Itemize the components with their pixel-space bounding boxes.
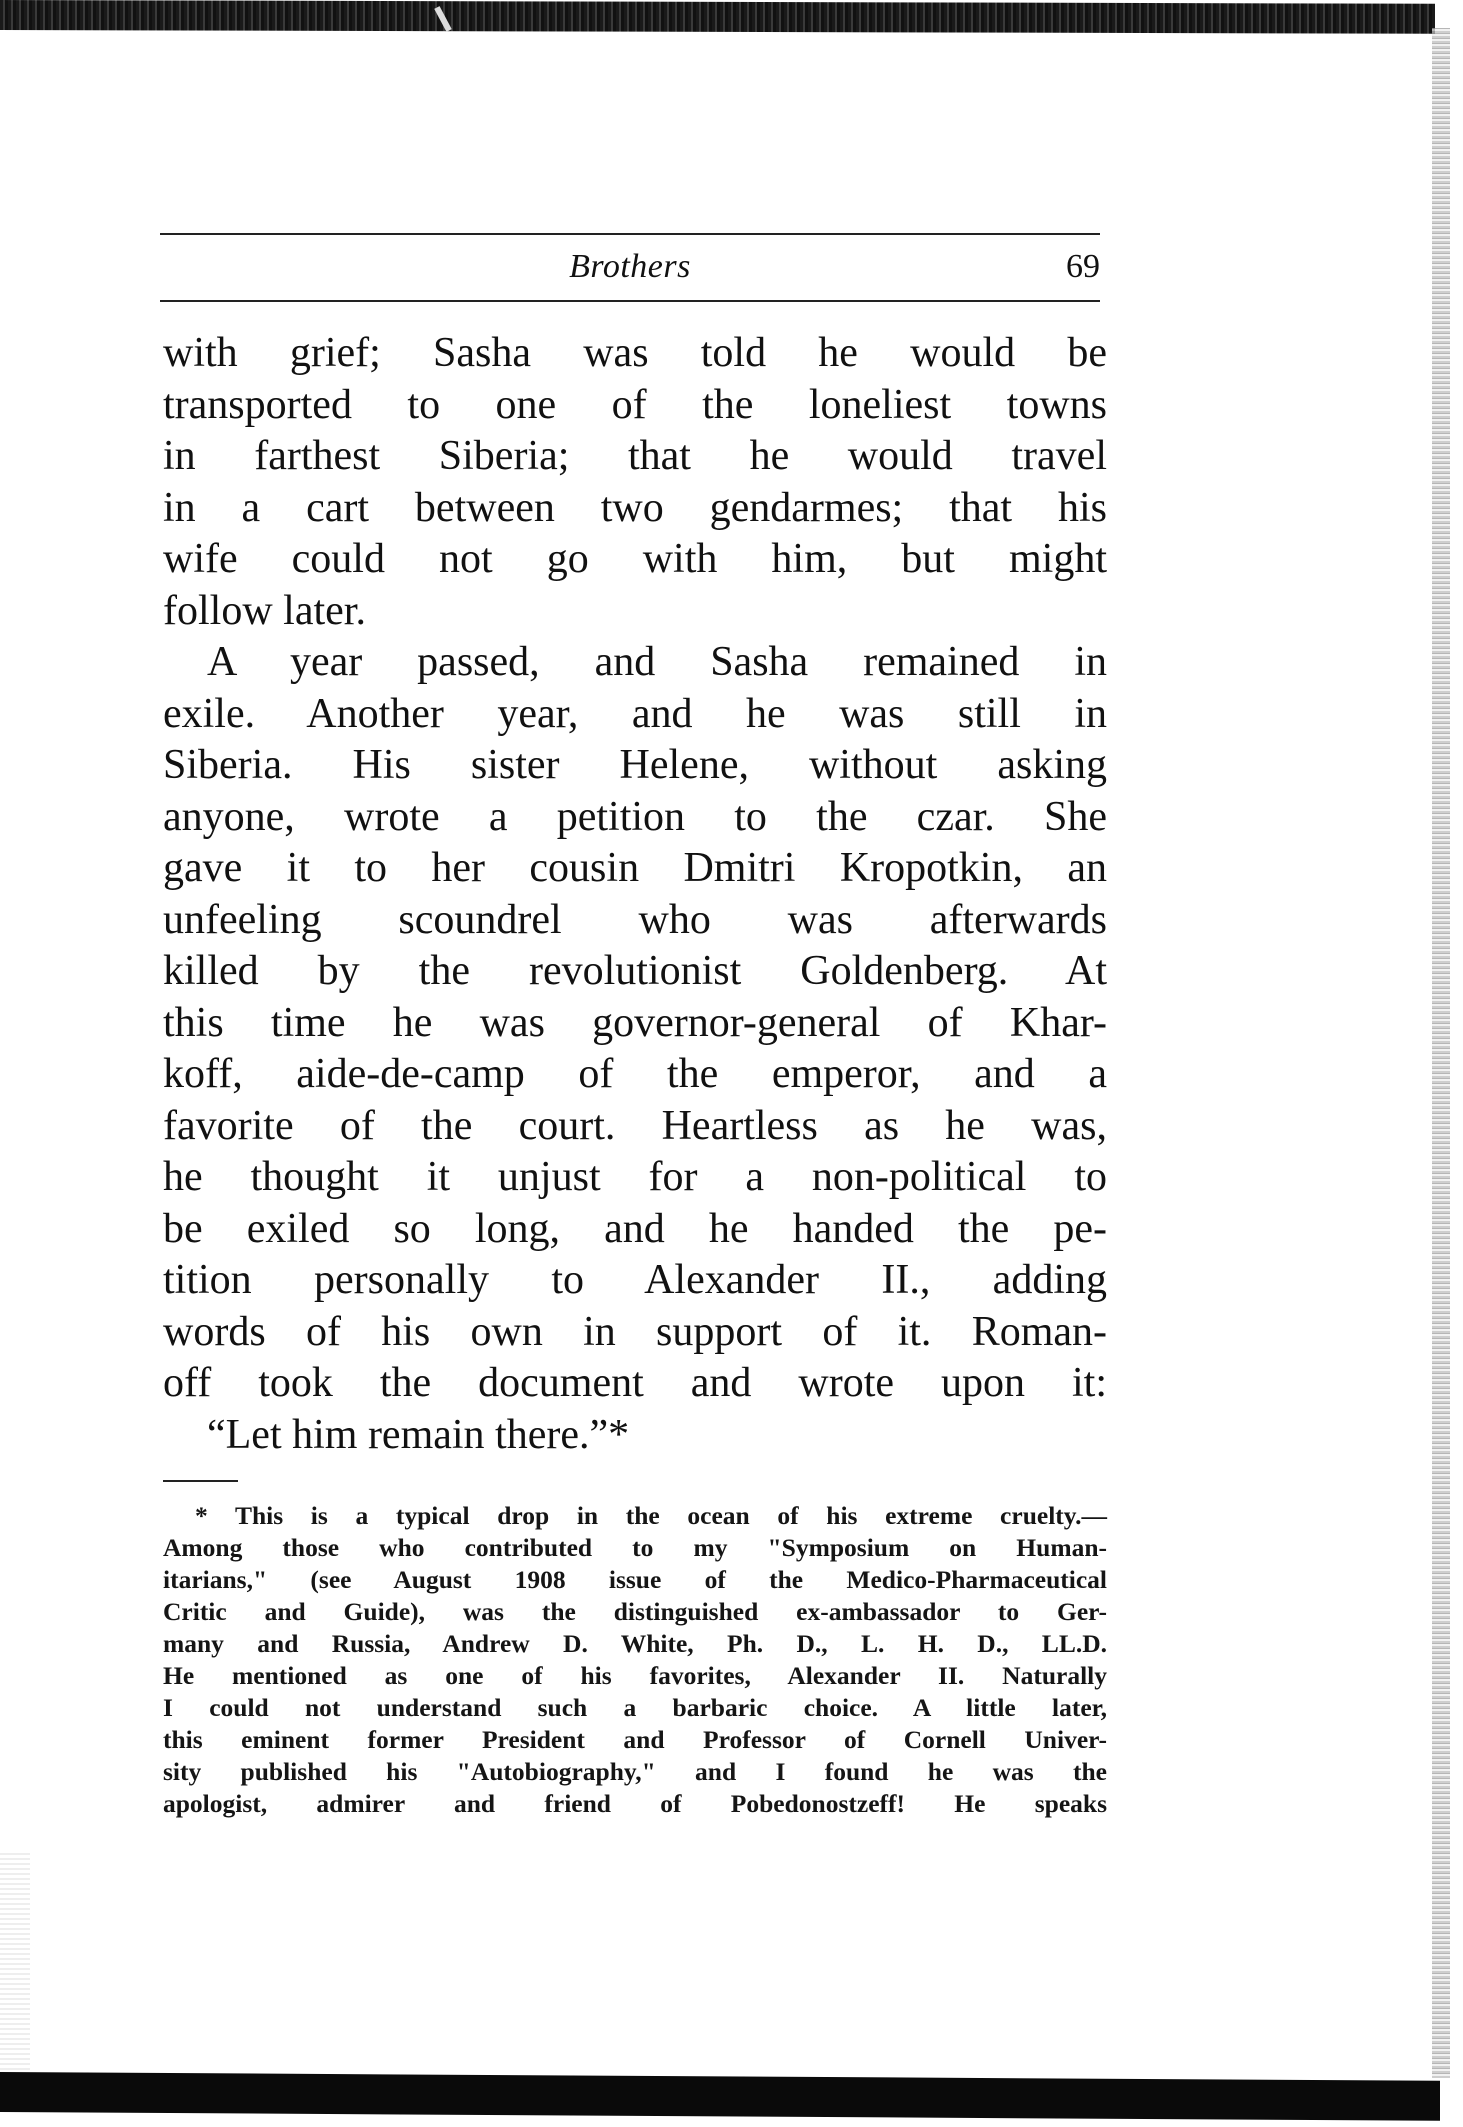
scan-border-bottom (0, 2072, 1440, 2121)
text-line: unfeeling scoundrel who was afterwards (163, 895, 1107, 947)
scan-shadow-left (0, 1850, 30, 2070)
text-line: koff, aide-de-camp of the emperor, and a (163, 1049, 1107, 1101)
text-line: tition personally to Alexander II., addi… (163, 1255, 1107, 1307)
footnote-line: this eminent former President and Profes… (163, 1724, 1107, 1756)
text-line: be exiled so long, and he handed the pe- (163, 1204, 1107, 1256)
scan-border-right (1432, 28, 1450, 2078)
text-line: killed by the revolutionist Goldenberg. … (163, 946, 1107, 998)
text-line: off took the document and wrote upon it: (163, 1358, 1107, 1410)
text-line: transported to one of the loneliest town… (163, 380, 1107, 432)
page-number: 69 (1066, 242, 1100, 292)
text-line: in farthest Siberia; that he would trave… (163, 431, 1107, 483)
text-line: in a cart between two gendarmes; that hi… (163, 483, 1107, 535)
text-line: favorite of the court. Heartless as he w… (163, 1101, 1107, 1153)
header-rule-bottom (160, 300, 1100, 302)
text-line: this time he was governor-general of Kha… (163, 998, 1107, 1050)
footnote-line: many and Russia, Andrew D. White, Ph. D.… (163, 1628, 1107, 1660)
text-line-paragraph-start: A year passed, and Sasha remained in (163, 637, 1107, 689)
footnote-line: Among those who contributed to my "Sympo… (163, 1532, 1107, 1564)
text-line: anyone, wrote a petition to the czar. Sh… (163, 792, 1107, 844)
text-line: with grief; Sasha was told he would be (163, 328, 1107, 380)
text-line: wife could not go with him, but might (163, 534, 1107, 586)
footnote-line: * This is a typical drop in the ocean of… (163, 1500, 1107, 1532)
text-line: he thought it unjust for a non-political… (163, 1152, 1107, 1204)
text-line: exile. Another year, and he was still in (163, 689, 1107, 741)
footnote-line: sity published his "Autobiography," and … (163, 1756, 1107, 1788)
footnote-rule (163, 1480, 238, 1482)
body-text: with grief; Sasha was told he would be t… (163, 328, 1107, 1461)
scan-border-top (0, 0, 1435, 34)
footnote-line: itarians," (see August 1908 issue of the… (163, 1564, 1107, 1596)
text-line: follow later. (163, 586, 1107, 638)
text-line: words of his own in support of it. Roman… (163, 1307, 1107, 1359)
footnote: * This is a typical drop in the ocean of… (163, 1500, 1107, 1820)
footnote-line: He mentioned as one of his favorites, Al… (163, 1660, 1107, 1692)
footnote-line: I could not understand such a barbaric c… (163, 1692, 1107, 1724)
running-head: Brothers 69 (160, 242, 1100, 292)
running-title: Brothers (160, 242, 1100, 292)
text-line: gave it to her cousin Dmitri Kropotkin, … (163, 843, 1107, 895)
footnote-line: Critic and Guide), was the distinguished… (163, 1596, 1107, 1628)
quote-line: “Let him remain there.”* (163, 1410, 1107, 1462)
text-line: Siberia. His sister Helene, without aski… (163, 740, 1107, 792)
footnote-line: apologist, admirer and friend of Pobedon… (163, 1788, 1107, 1820)
header-rule-top (160, 233, 1100, 235)
